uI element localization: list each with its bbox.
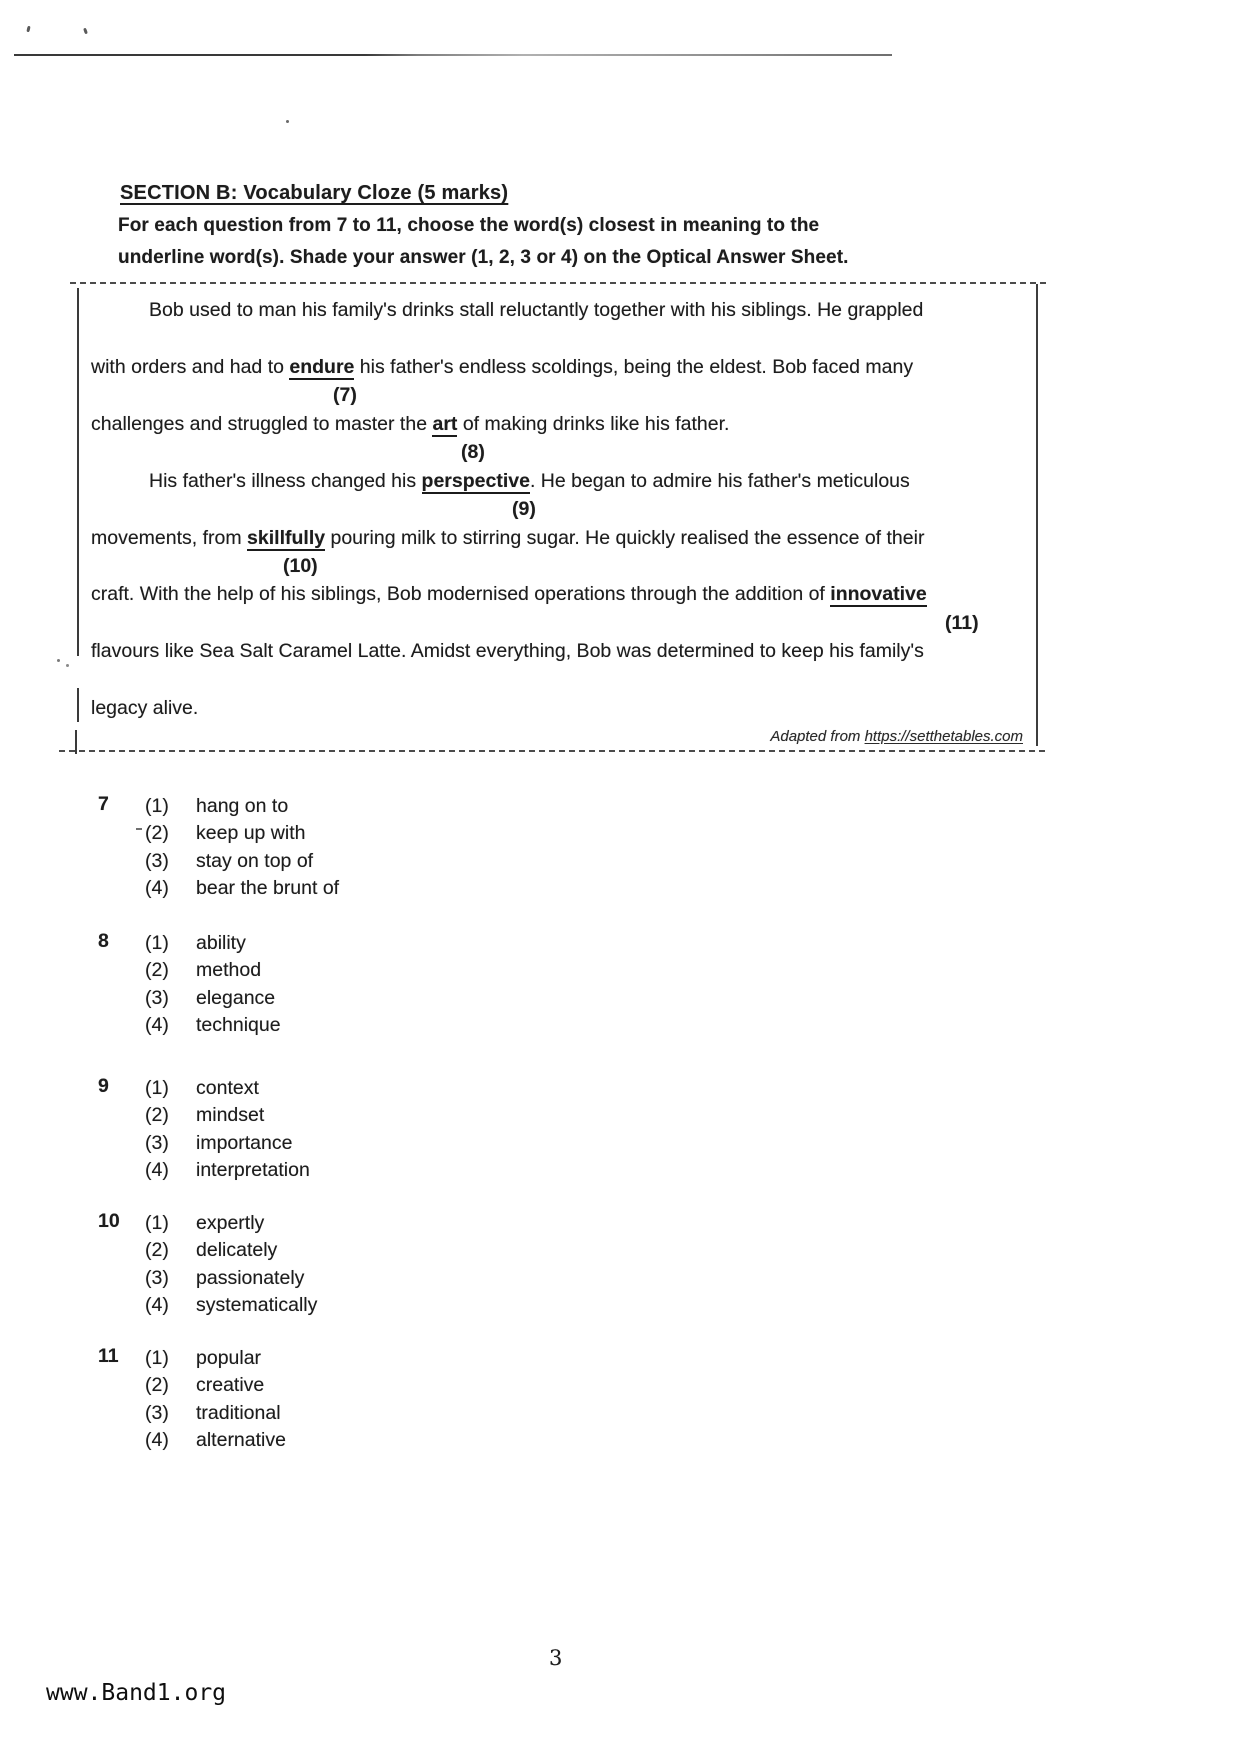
answer-option: (4)systematically (145, 1292, 317, 1319)
passage-segment: with orders and had to (91, 356, 289, 378)
options-list: (1)ability(2)method(3)elegance(4)techniq… (145, 930, 281, 1039)
answer-option: (2)method (145, 957, 281, 984)
option-text: systematically (196, 1292, 317, 1319)
options-list: (1)context(2)mindset(3)importance(4)inte… (145, 1075, 310, 1184)
option-label: (4) (145, 1427, 196, 1454)
blank-line (91, 666, 1027, 694)
answer-option: (3)passionately (145, 1265, 317, 1292)
option-text: elegance (196, 985, 275, 1012)
question-10: 10(1)expertly(2)delicately(3)passionatel… (98, 1210, 317, 1319)
passage-segment: His father's illness changed his (149, 470, 422, 492)
answer-option: (1)hang on to (145, 793, 339, 820)
exam-page: SECTION B: Vocabulary Cloze (5 marks) Fo… (0, 0, 1239, 1754)
option-text: hang on to (196, 793, 288, 820)
scan-speck (26, 26, 30, 33)
answer-option: (1)expertly (145, 1210, 317, 1237)
answer-option: (4)interpretation (145, 1157, 310, 1184)
blank-number: (8) (461, 438, 485, 466)
instruction-line: For each question from 7 to 11, choose t… (118, 215, 819, 237)
options-list: (1)hang on to(2)keep up with(3)stay on t… (145, 793, 339, 902)
instruction-line: underline word(s). Shade your answer (1,… (118, 247, 849, 269)
option-label: (4) (145, 1157, 196, 1184)
blank-line (91, 324, 1027, 352)
passage-segment: . He began to admire his father's meticu… (530, 470, 910, 492)
box-border-left (77, 688, 79, 722)
option-text: technique (196, 1012, 281, 1039)
option-label: (2) (145, 1372, 196, 1399)
answer-option: (2)mindset (145, 1102, 310, 1129)
blank-marker-line: (10) (91, 552, 1027, 580)
passage-line: challenges and struggled to master the a… (91, 410, 1027, 438)
blank-number: (11) (945, 609, 979, 637)
source-attribution: Adapted from https://setthetables.com (91, 723, 1027, 751)
question-11: 11(1)popular(2)creative(3)traditional(4)… (98, 1345, 286, 1454)
passage-segment: craft. With the help of his siblings, Bo… (91, 583, 830, 605)
underlined-word: skillfully (247, 527, 325, 551)
passage-segment: his father's endless scoldings, being th… (354, 356, 913, 378)
passage-box: Bob used to man his family's drinks stal… (77, 284, 1038, 756)
passage-line: Bob used to man his family's drinks stal… (91, 296, 1027, 324)
answer-option: (1)popular (145, 1345, 286, 1372)
answer-option: (2)delicately (145, 1237, 317, 1264)
blank-marker-line: (7) (91, 381, 1027, 409)
option-text: expertly (196, 1210, 264, 1237)
question-number: 9 (98, 1075, 109, 1098)
option-text: alternative (196, 1427, 286, 1454)
question-9: 9(1)context(2)mindset(3)importance(4)int… (98, 1075, 310, 1184)
question-number: 11 (98, 1345, 119, 1368)
answer-option: (3)importance (145, 1130, 310, 1157)
option-text: creative (196, 1372, 264, 1399)
passage-text: Bob used to man his family's drinks stal… (91, 296, 1027, 751)
scan-line (14, 54, 892, 56)
answer-option: (2)keep up with (145, 820, 339, 847)
box-border-left (77, 288, 79, 656)
passage-line: movements, from skillfully pouring milk … (91, 524, 1027, 552)
blank-marker-line: (8) (91, 438, 1027, 466)
option-label: (2) (145, 1102, 196, 1129)
passage-segment: challenges and struggled to master the (91, 413, 432, 435)
passage-segment: Bob used to man his family's drinks stal… (149, 299, 923, 321)
option-label: (1) (145, 1075, 196, 1102)
question-number: 10 (98, 1210, 120, 1233)
underlined-word: perspective (422, 470, 530, 494)
option-label: (4) (145, 1292, 196, 1319)
answer-option: (1)ability (145, 930, 281, 957)
box-border-left (75, 730, 77, 754)
option-label: (3) (145, 985, 196, 1012)
option-text: importance (196, 1130, 292, 1157)
options-list: (1)expertly(2)delicately(3)passionately(… (145, 1210, 317, 1319)
blank-marker-line: (11) (91, 609, 1027, 637)
option-text: ability (196, 930, 246, 957)
answer-option: (3)stay on top of (145, 848, 339, 875)
scan-speck (57, 659, 60, 662)
scan-speck (66, 664, 69, 667)
source-prefix: Adapted from (770, 728, 864, 745)
option-text: delicately (196, 1237, 277, 1264)
passage-segment: movements, from (91, 527, 247, 549)
question-8: 8(1)ability(2)method(3)elegance(4)techni… (98, 930, 281, 1039)
answer-option: (4)alternative (145, 1427, 286, 1454)
option-text: passionately (196, 1265, 304, 1292)
passage-segment: flavours like Sea Salt Caramel Latte. Am… (91, 640, 924, 662)
option-label: (3) (145, 1130, 196, 1157)
section-title: SECTION B: Vocabulary Cloze (5 marks) (120, 182, 508, 205)
option-label: (1) (145, 930, 196, 957)
option-text: context (196, 1075, 259, 1102)
passage-segment: of making drinks like his father. (457, 413, 729, 435)
option-label: (3) (145, 1265, 196, 1292)
page-number: 3 (549, 1646, 562, 1670)
passage-line: craft. With the help of his siblings, Bo… (91, 580, 1027, 608)
option-label: (3) (145, 1400, 196, 1427)
blank-marker-line: (9) (91, 495, 1027, 523)
blank-number: (7) (333, 381, 357, 409)
option-label: (4) (145, 1012, 196, 1039)
blank-number: (10) (283, 552, 318, 580)
watermark-url: www.Band1.org (46, 1680, 226, 1706)
answer-option: (2)creative (145, 1372, 286, 1399)
option-label: (1) (145, 1210, 196, 1237)
underlined-word: art (432, 413, 457, 437)
passage-line: legacy alive. (91, 694, 1027, 722)
answer-option: (3)traditional (145, 1400, 286, 1427)
answer-option: (4)bear the brunt of (145, 875, 339, 902)
box-border-right (1036, 284, 1038, 746)
option-label: (3) (145, 848, 196, 875)
option-label: (1) (145, 793, 196, 820)
option-label: (2) (145, 957, 196, 984)
option-text: bear the brunt of (196, 875, 339, 902)
underlined-word: endure (289, 356, 354, 380)
option-label: (2) (145, 820, 196, 847)
box-border-top (70, 282, 1046, 284)
question-number: 7 (98, 793, 109, 816)
blank-number: (9) (512, 495, 536, 523)
scan-speck (286, 120, 289, 123)
passage-segment: legacy alive. (91, 697, 198, 719)
option-text: stay on top of (196, 848, 313, 875)
passage-line: His father's illness changed his perspec… (91, 467, 1027, 495)
passage-segment: pouring milk to stirring sugar. He quick… (325, 527, 924, 549)
option-label: (2) (145, 1237, 196, 1264)
answer-option: (3)elegance (145, 985, 281, 1012)
option-label: (1) (145, 1345, 196, 1372)
option-text: keep up with (196, 820, 306, 847)
question-7: 7(1)hang on to(2)keep up with(3)stay on … (98, 793, 339, 902)
answer-option: (4)technique (145, 1012, 281, 1039)
option-text: popular (196, 1345, 261, 1372)
answer-option: (1)context (145, 1075, 310, 1102)
option-label: (4) (145, 875, 196, 902)
underlined-word: innovative (830, 583, 926, 607)
option-text: method (196, 957, 261, 984)
scan-speck (83, 28, 88, 35)
passage-line: with orders and had to endure his father… (91, 353, 1027, 381)
question-number: 8 (98, 930, 109, 953)
option-text: interpretation (196, 1157, 310, 1184)
passage-line: flavours like Sea Salt Caramel Latte. Am… (91, 637, 1027, 665)
option-text: traditional (196, 1400, 281, 1427)
option-text: mindset (196, 1102, 264, 1129)
source-link: https://setthetables.com (865, 728, 1023, 745)
options-list: (1)popular(2)creative(3)traditional(4)al… (145, 1345, 286, 1454)
